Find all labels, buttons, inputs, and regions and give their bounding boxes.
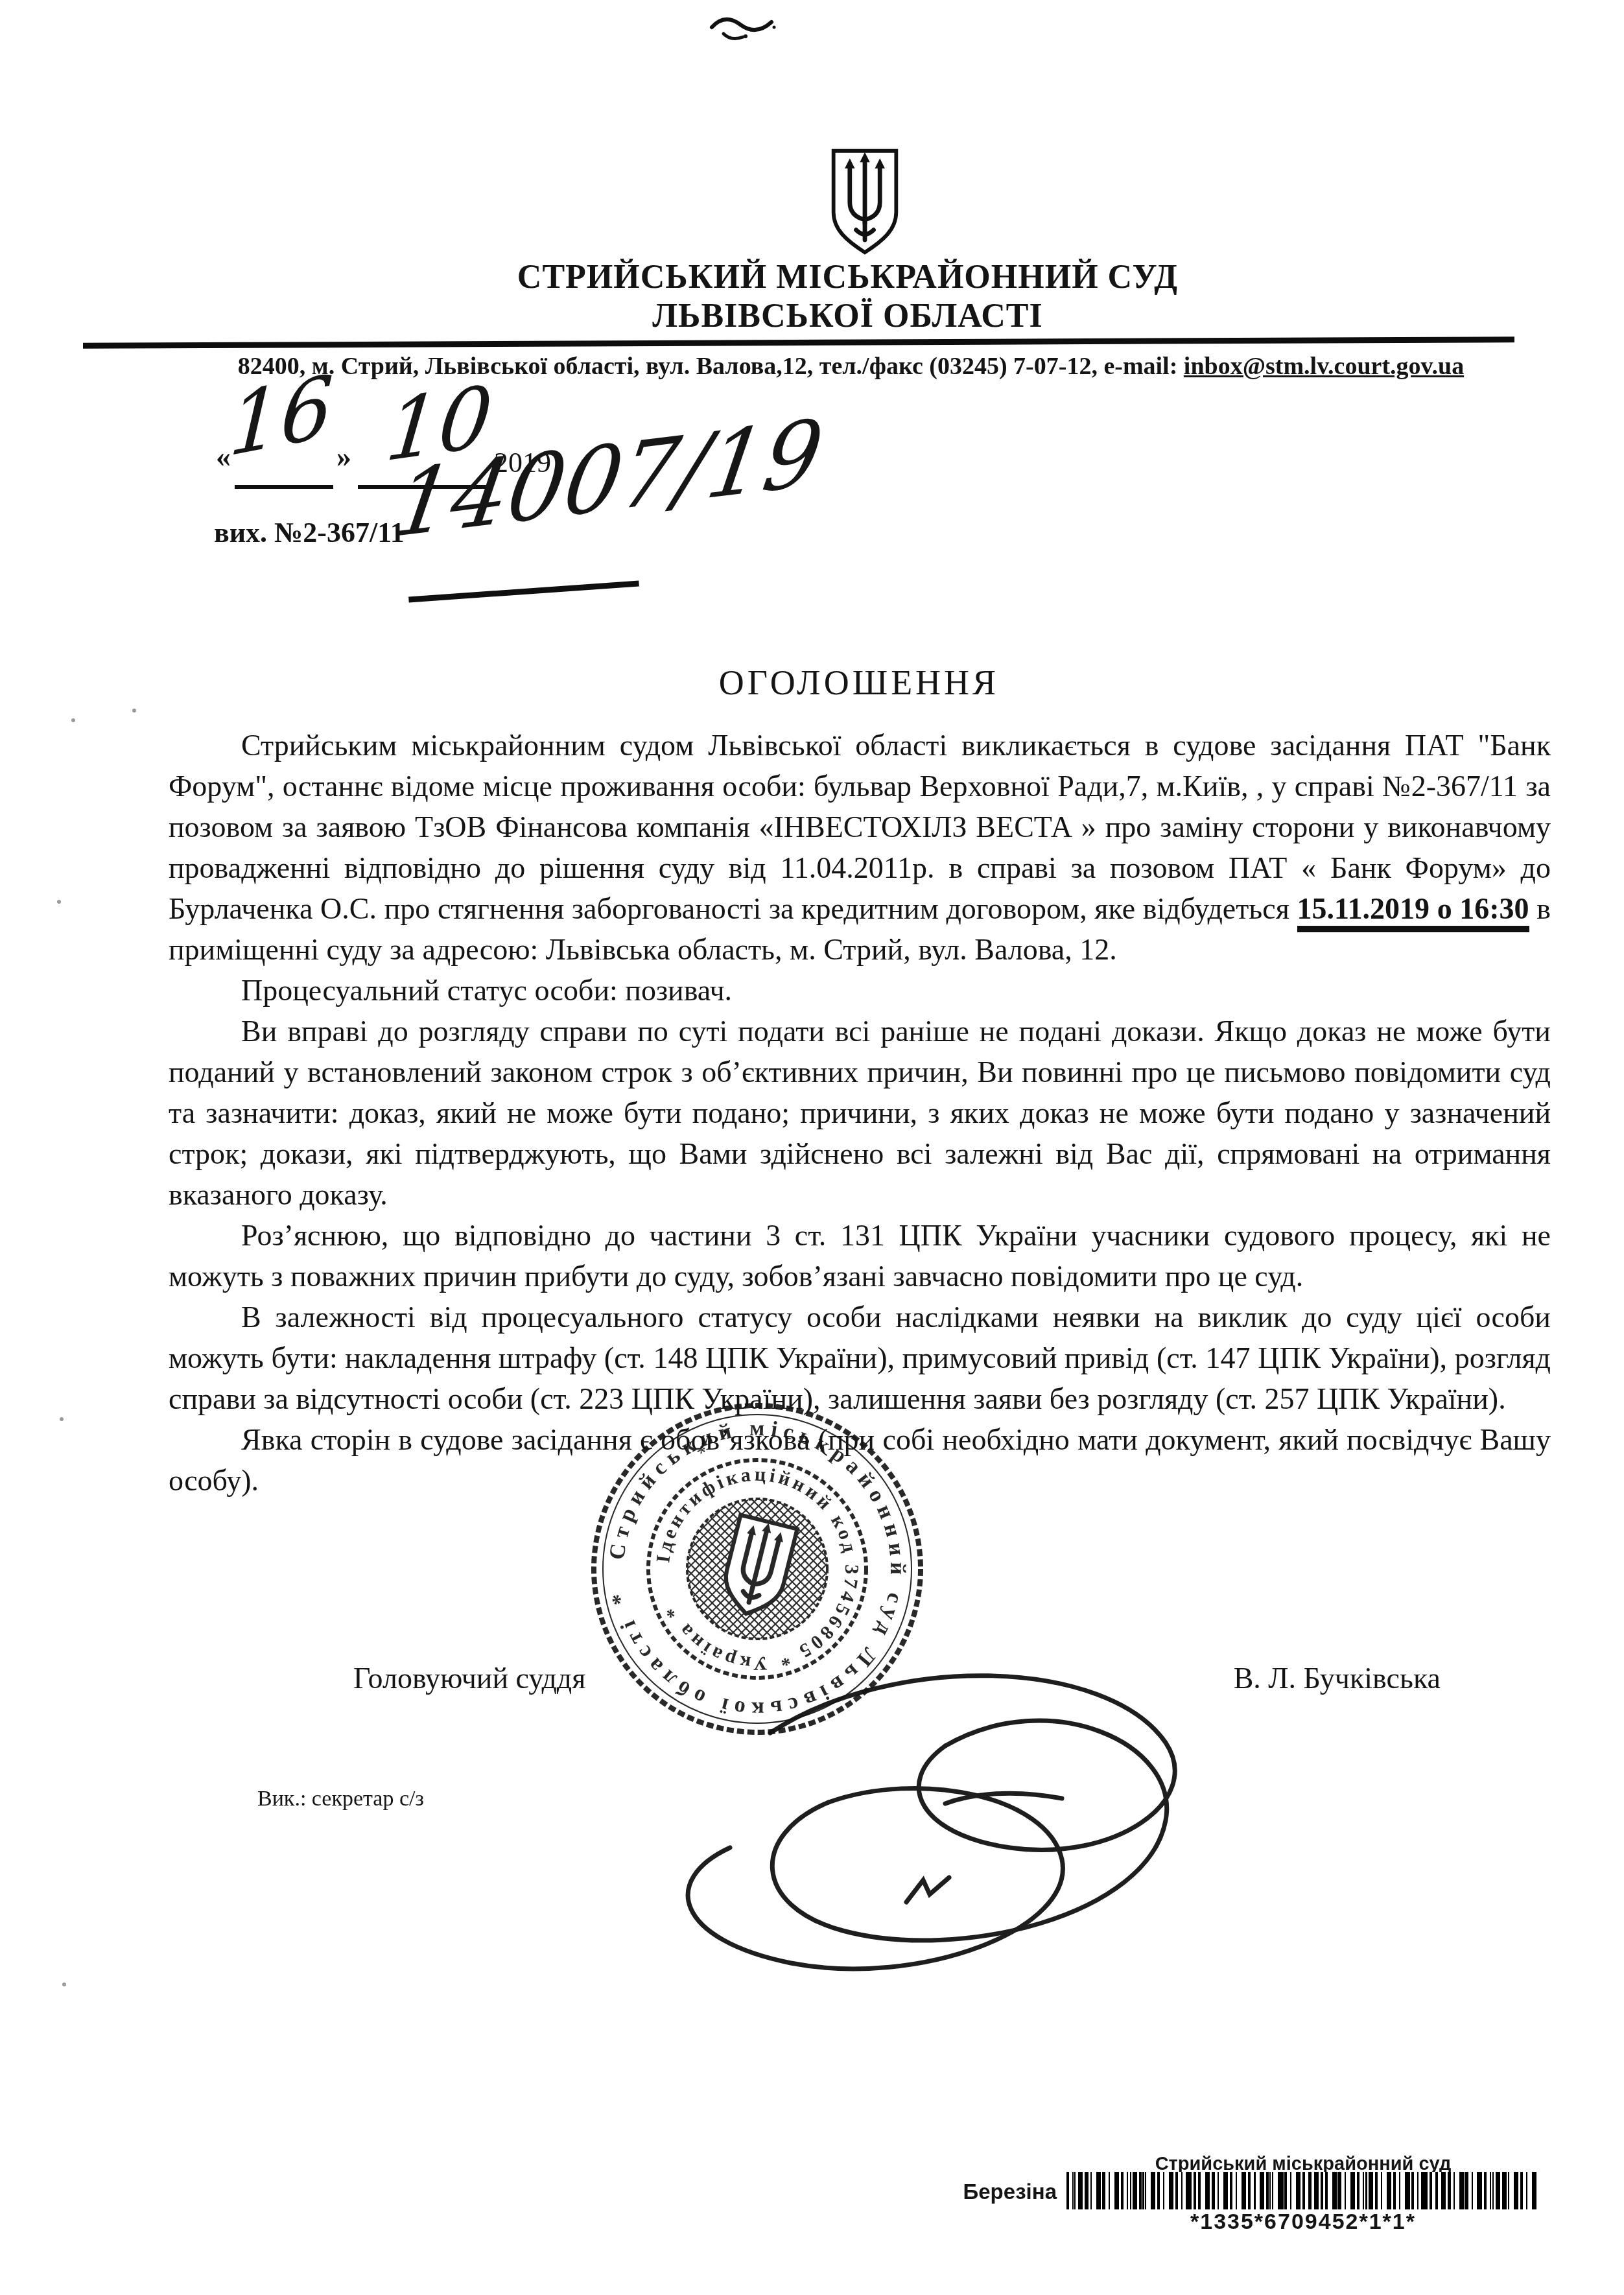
paragraph-consequences: В залежності від процесуального статусу … [169,1297,1551,1419]
date-quote-close: » [336,440,351,474]
clerk-line: Вик.: секретар с/з [257,1787,424,1811]
paragraph-article-131: Роз’яснюю, що відповідно до частини 3 ст… [169,1215,1551,1297]
judge-title: Головуючий суддя [169,1661,585,1695]
judge-signature [688,1676,1175,1969]
paragraph-evidence-rights: Ви вправі до розгляду справи по суті под… [169,1011,1551,1215]
session-datetime: 15.11.2019 о 16:30 [1297,892,1529,932]
scan-speck [60,1417,64,1421]
email-link[interactable]: inbox@stm.lv.court.gov.ua [1184,353,1464,380]
court-name-line2: ЛЬВІВСЬКОЇ ОБЛАСТІ [0,297,1624,335]
stamp-trident-icon [718,1515,797,1621]
outgoing-ref-label: вих. №2-367/11 [214,516,405,549]
header-divider [83,336,1514,349]
document-body: Стрийським міськрайонним судом Львівсько… [169,725,1551,1501]
barcode-number: *1335*6709452*1*1* [1063,2209,1543,2235]
signature-row: Головуючий суддя В. Л. Бучківська [169,1661,1551,1695]
paragraph-status: Процесуальний статус особи: позивач. [169,970,1551,1011]
scan-speck [71,718,75,722]
ref-underline [408,581,639,603]
paragraph-summons: Стрийським міськрайонним судом Львівсько… [169,725,1551,970]
scanned-court-document: СТРИЙСЬКИЙ МІСЬКРАЙОННИЙ СУД ЛЬВІВСЬКОЇ … [0,0,1624,2295]
barcode [1066,2172,1536,2209]
handwritten-day: 16 [226,357,335,476]
court-name-line1: СТРИЙСЬКИЙ МІСЬКРАЙОННИЙ СУД [0,258,1624,296]
trident-emblem-icon [827,147,902,258]
document-title: ОГОЛОШЕННЯ [169,663,1549,703]
date-day-blank-line [235,485,333,489]
judge-name: В. Л. Бучківська [1234,1661,1551,1695]
address-text: 82400, м. Стрий, Львівської області, вул… [238,353,1184,380]
scan-speck [57,900,61,904]
scan-speck [132,709,136,712]
ink-smudge [707,8,784,47]
paragraph-attendance: Явка сторін в судове засідання є обов’яз… [169,1419,1551,1501]
scan-speck [62,1983,66,1986]
footer-clerk-name: Березіна [947,2180,1057,2204]
